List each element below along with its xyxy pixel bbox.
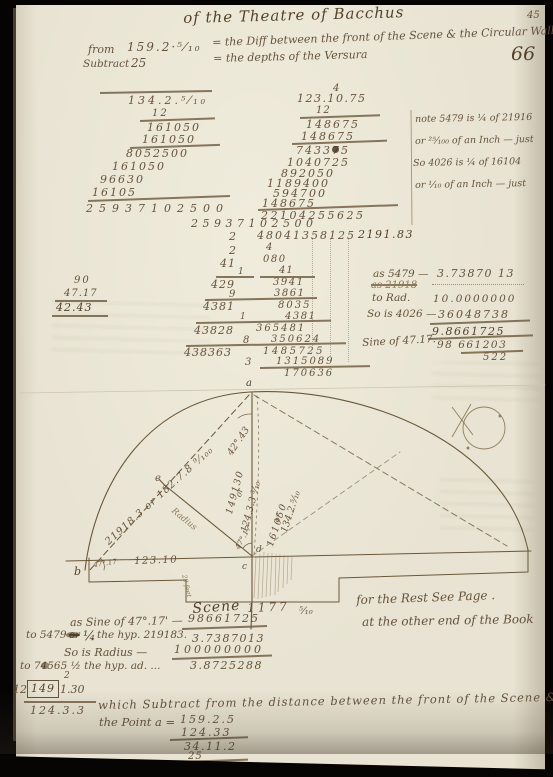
hatching [254, 552, 292, 599]
manuscript-scan: of the Theatre of Bacchus 45 66 from 159… [0, 0, 553, 777]
ink-blot [332, 146, 339, 153]
apex-angle-arc [238, 414, 252, 418]
point-d-label: d [256, 546, 262, 555]
axis-dotted [254, 396, 259, 556]
fraction-quarter: ¼ [83, 630, 96, 643]
proportion-label: So is Radius — [64, 647, 147, 658]
semicircle-arc [85, 392, 528, 570]
proportion-value: 98661725 [188, 613, 260, 624]
circled-x-doodle [452, 404, 505, 449]
proportion-value: 3.8725288 [190, 660, 263, 671]
see-note-line2: at the other end of the Book [362, 613, 534, 628]
proportion-label: to 5479 [26, 630, 67, 641]
point-e-label: e [155, 474, 161, 484]
page-bottom-shadow [0, 690, 553, 754]
point-a-label: a [246, 379, 252, 389]
scene-fraction: ⁵⁄₁₀ [299, 607, 313, 617]
proportion-label: the hyp. 219183. [97, 630, 187, 641]
point-b-label: b [74, 566, 81, 577]
proportion-label: as Sine of 47°.17' — [70, 615, 183, 628]
note-margin-line [411, 110, 412, 225]
division-carry: 2 [64, 672, 70, 681]
proportion-value: 100000000 [174, 644, 264, 655]
ink-blot [41, 662, 49, 669]
ink-blot [66, 632, 79, 638]
base-length-label: 123.10 [134, 555, 178, 567]
point-c-label: c [242, 563, 247, 572]
